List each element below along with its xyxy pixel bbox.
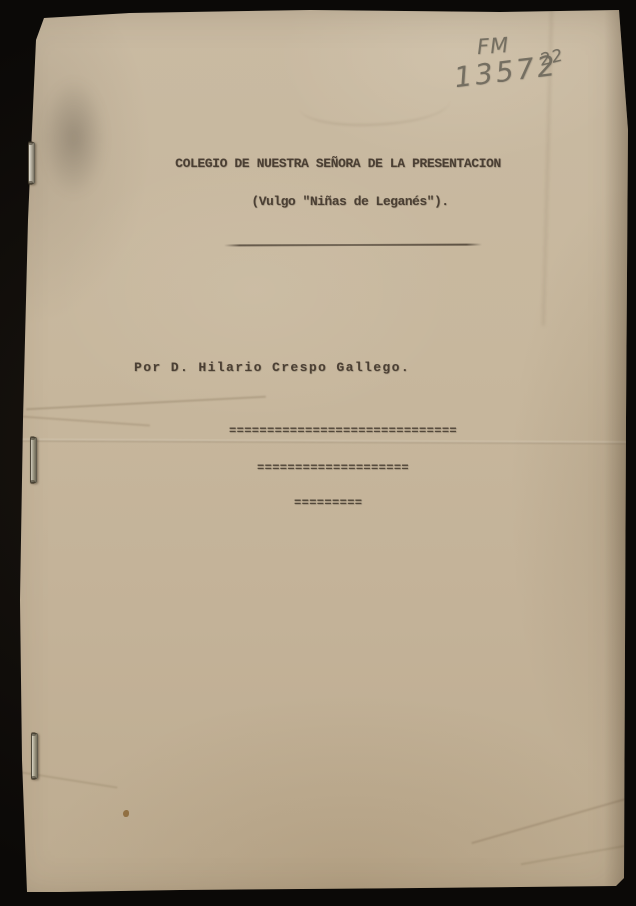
scan-background: FM 13572 22 COLEGIO DE NUESTRA SEÑORA DE… — [0, 0, 636, 906]
document-subtitle: (Vulgo "Niñas de Leganés"). — [0, 194, 636, 209]
fold-crease — [26, 396, 266, 411]
fold-crease — [9, 769, 118, 788]
fold-crease — [471, 790, 636, 844]
fold-crease — [20, 415, 150, 426]
typed-separator-line: ============================== — [229, 424, 457, 438]
staple — [28, 142, 35, 184]
paper-sheet: FM 13572 22 COLEGIO DE NUESTRA SEÑORA DE… — [0, 0, 636, 906]
ink-fleck — [123, 810, 129, 817]
staple — [30, 437, 37, 483]
author-line: Por D. Hilario Crespo Gallego. — [134, 360, 410, 375]
smudge-stain — [42, 78, 106, 198]
horizontal-fold-crease — [0, 439, 636, 445]
fold-crease — [521, 841, 636, 866]
archive-code-superscript: 22 — [538, 45, 566, 70]
edge-shadow — [604, 0, 630, 906]
typed-separator-line: ==================== — [257, 461, 409, 475]
staple — [31, 733, 38, 779]
fold-crease — [300, 84, 450, 126]
document-title: COLEGIO DE NUESTRA SEÑORA DE LA PRESENTA… — [0, 156, 636, 171]
underline-rule — [224, 244, 482, 247]
typed-separator-line: ========= — [294, 496, 362, 510]
